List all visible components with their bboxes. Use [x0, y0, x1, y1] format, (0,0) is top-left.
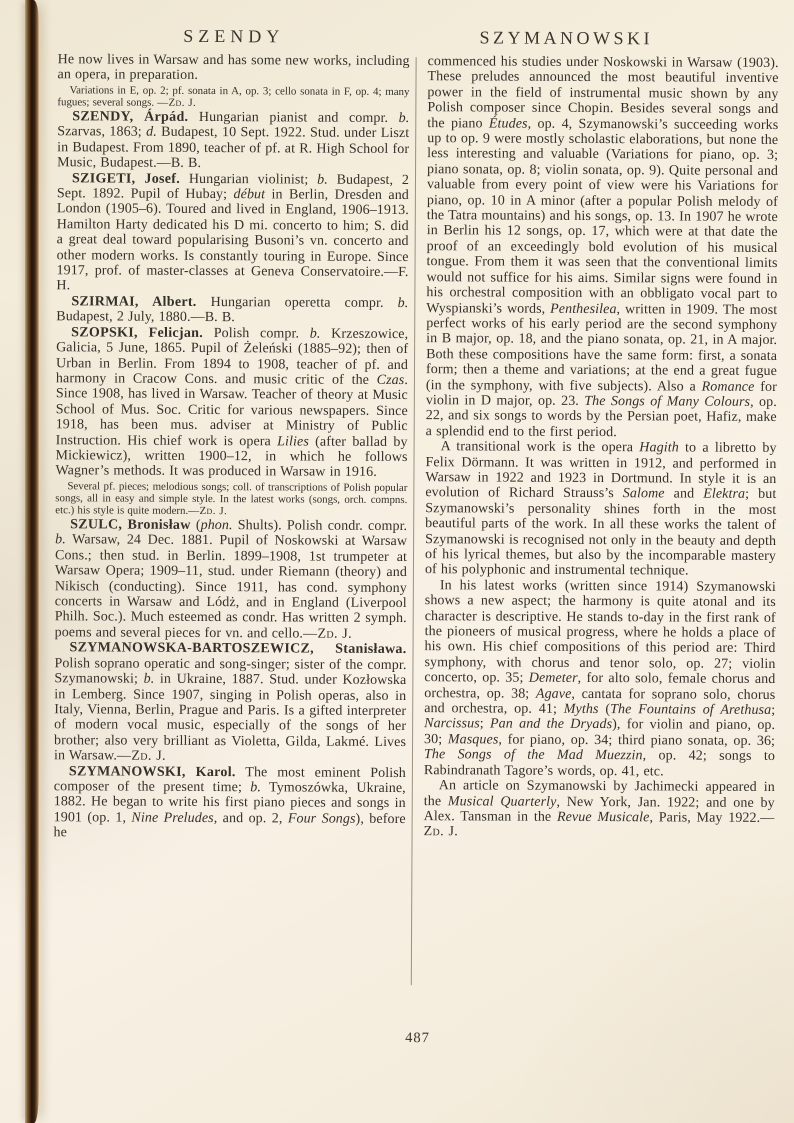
szulc-entry: SZULC, Bronisław (phon. Shults). Polish …	[55, 517, 408, 642]
book-page: SZENDY SZYMANOWSKI He now lives in Warsa…	[0, 0, 794, 1123]
page-content: SZENDY SZYMANOWSKI He now lives in Warsa…	[0, 0, 794, 1123]
szopski-works-smallprint: Several pf. pieces; melodious songs; col…	[55, 480, 407, 518]
szymanowski-hagith-paragraph: A transitional work is the opera Hagith …	[425, 439, 777, 579]
szirmai-entry: SZIRMAI, Albert. Hungarian operetta comp…	[56, 294, 408, 327]
left-column: He now lives in Warsaw and has some new …	[54, 52, 410, 842]
szymanowski-entry-start: SZYMANOWSKI, Karol. The most eminent Pol…	[54, 764, 406, 843]
szigeti-entry: SZIGETI, Josef. Hungarian violinist; b. …	[56, 171, 409, 296]
right-column: commenced his studies under Noskowski in…	[424, 54, 779, 842]
szymanowska-bartoszewicz-entry: SZYMANOWSKA-BARTOSZEWICZ, Stanisława. Po…	[54, 640, 407, 765]
szymanowski-continuation-paragraph: commenced his studies under Noskowski in…	[426, 54, 779, 441]
szopski-entry: SZOPSKI, Felicjan. Polish compr. b. Krze…	[55, 325, 408, 481]
szendy-continuation-paragraph: He now lives in Warsaw and has some new …	[58, 52, 410, 85]
running-head-left: SZENDY	[58, 25, 410, 48]
szymanowski-bibliography-paragraph: An article on Szymanowski by Jachimecki …	[424, 778, 775, 841]
szendy-entry: SZENDY, Árpád. Hungarian pianist and com…	[57, 109, 409, 172]
column-divider-rule	[411, 57, 417, 985]
page-number: 487	[52, 1028, 782, 1049]
szymanowski-latest-works-paragraph: In his latest works (written since 1914)…	[424, 578, 776, 780]
szendy-works-smallprint: Variations in E, op. 2; pf. sonata in A,…	[57, 84, 409, 110]
running-head-right: SZYMANOWSKI	[423, 27, 710, 50]
